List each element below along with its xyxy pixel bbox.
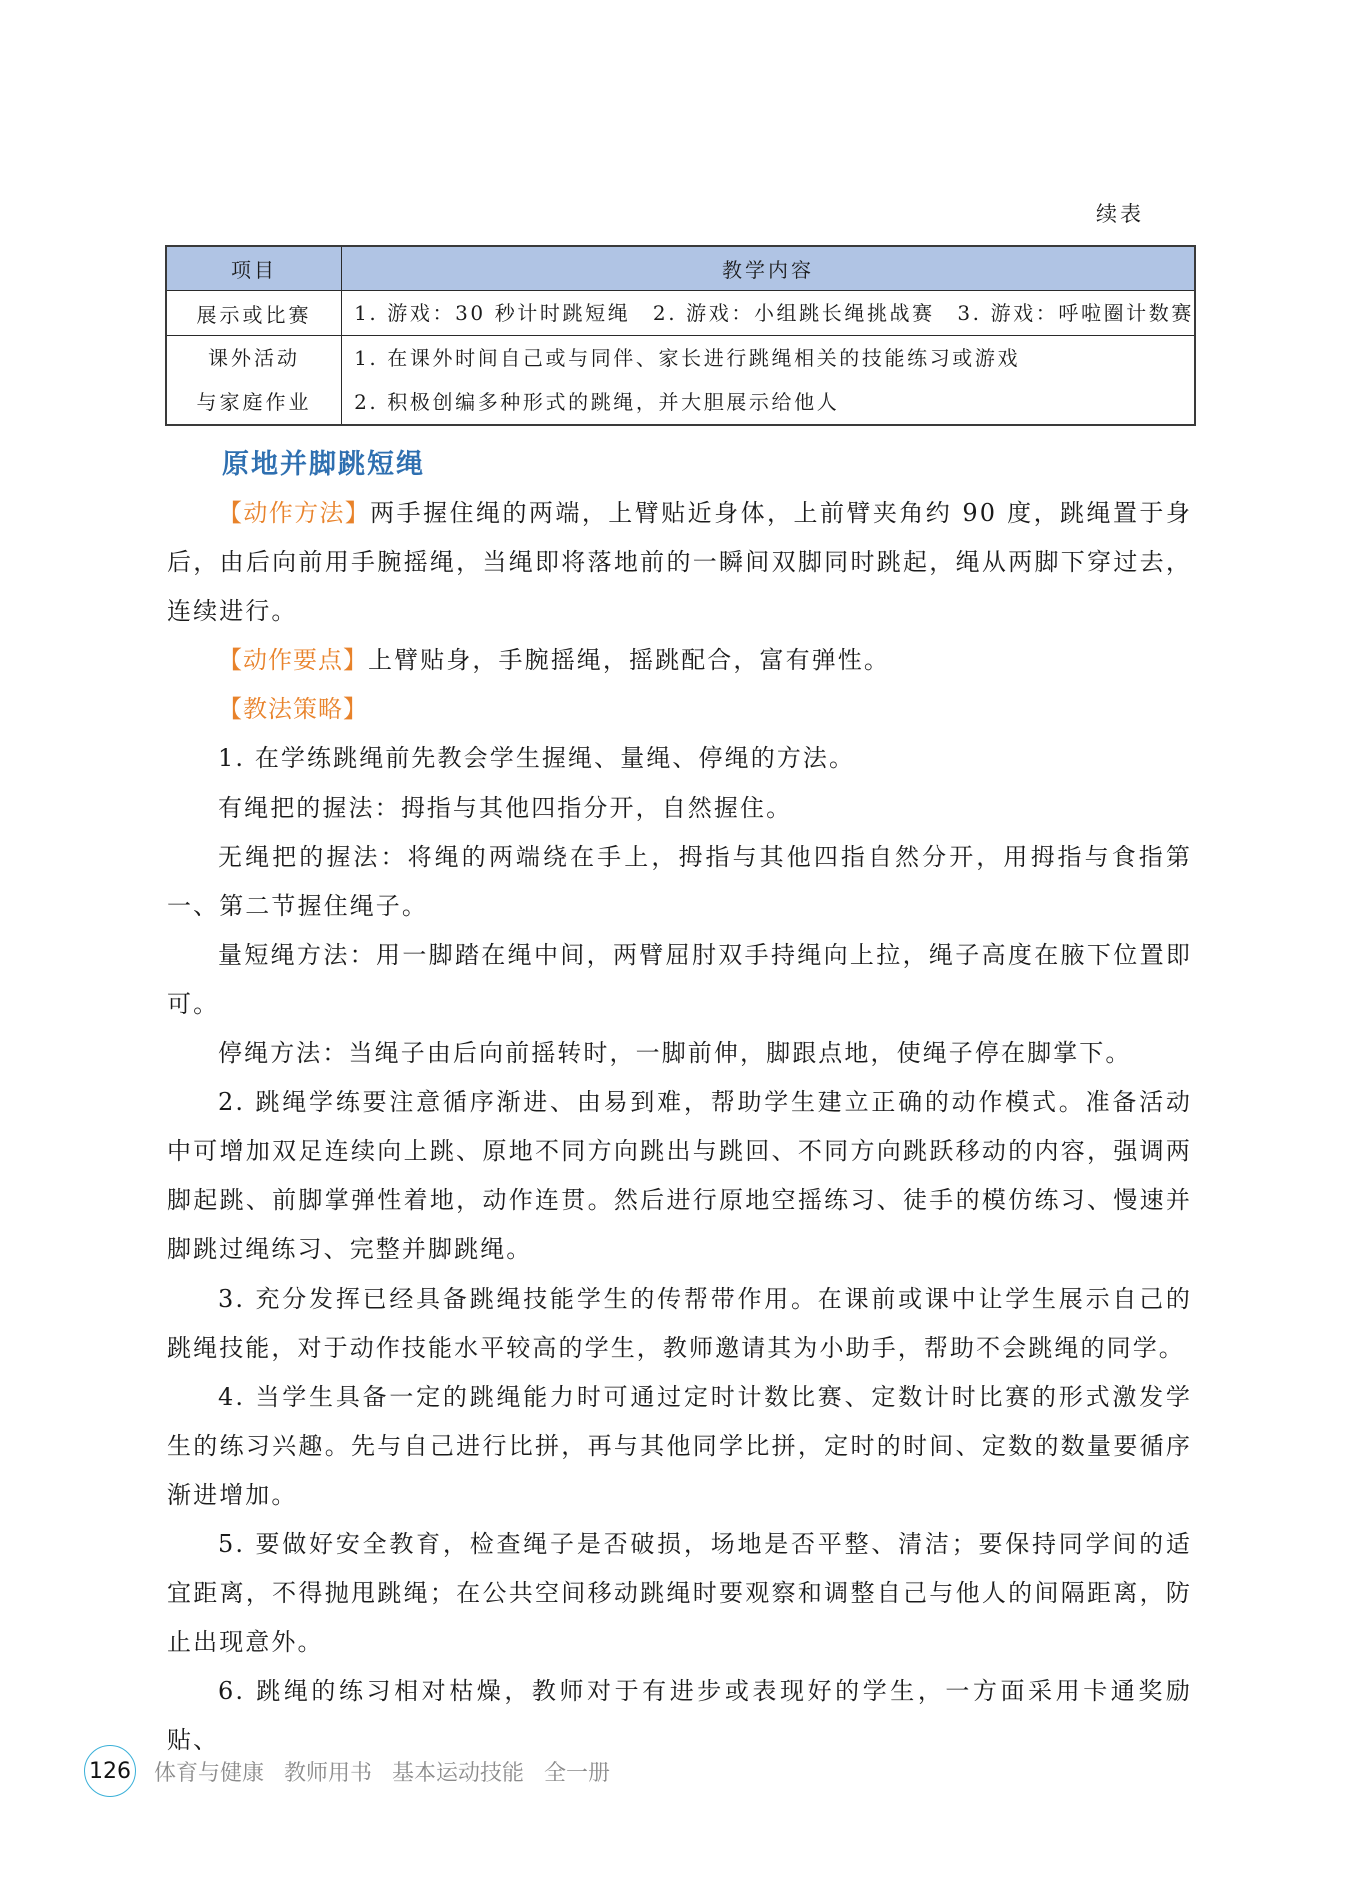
keypoints-label: 【动作要点】 [218,646,368,674]
strategy-paragraph: 1. 在学练跳绳前先教会学生握绳、量绳、停绳的方法。 [167,734,1192,783]
teaching-content-table: 项目 教学内容 展示或比赛 1. 游戏：30 秒计时跳短绳 2. 游戏：小组跳长… [165,245,1196,426]
strategy-heading: 【教法策略】 [167,685,1192,734]
content-line: 1. 游戏：30 秒计时跳短绳 2. 游戏：小组跳长绳挑战赛 3. 游戏：呼啦圈… [354,291,1194,335]
header-content: 教学内容 [342,246,1195,291]
table-header-row: 项目 教学内容 [166,246,1195,291]
body-text: 【动作方法】两手握住绳的两端，上臂贴近身体，上前臂夹角约 90 度，跳绳置于身后… [167,489,1192,1765]
strategy-paragraph: 无绳把的握法：将绳的两端绕在手上，拇指与其他四指自然分开，用拇指与食指第一、第二… [167,833,1192,931]
table-row: 展示或比赛 1. 游戏：30 秒计时跳短绳 2. 游戏：小组跳长绳挑战赛 3. … [166,291,1195,336]
header-item: 项目 [166,246,342,291]
row-item: 展示或比赛 [166,291,342,336]
page-number: 126 [89,1759,131,1784]
continued-table-label: 续表 [1096,198,1144,228]
book-subject: 体育与健康 [154,1756,264,1787]
table-row: 课外活动 与家庭作业 1. 在课外时间自己或与同伴、家长进行跳绳相关的技能练习或… [166,336,1195,426]
keypoints-text: 上臂贴身，手腕摇绳，摇跳配合，富有弹性。 [368,646,890,674]
strategy-paragraph: 3. 充分发挥已经具备跳绳技能学生的传帮带作用。在课前或课中让学生展示自己的跳绳… [167,1275,1192,1373]
method-paragraph: 【动作方法】两手握住绳的两端，上臂贴近身体，上前臂夹角约 90 度，跳绳置于身后… [167,489,1192,636]
strategy-paragraph: 有绳把的握法：拇指与其他四指分开，自然握住。 [167,784,1192,833]
strategy-paragraph: 量短绳方法：用一脚踏在绳中间，两臂屈肘双手持绳向上拉，绳子高度在腋下位置即可。 [167,931,1192,1029]
strategy-paragraph: 4. 当学生具备一定的跳绳能力时可通过定时计数比赛、定数计时比赛的形式激发学生的… [167,1373,1192,1520]
row-item: 课外活动 与家庭作业 [166,336,342,426]
row-content: 1. 游戏：30 秒计时跳短绳 2. 游戏：小组跳长绳挑战赛 3. 游戏：呼啦圈… [342,291,1195,336]
row-item-line: 课外活动 [167,336,341,380]
page-number-badge: 126 [84,1745,136,1797]
row-item-line: 与家庭作业 [167,380,341,424]
row-content: 1. 在课外时间自己或与同伴、家长进行跳绳相关的技能练习或游戏 2. 积极创编多… [342,336,1195,426]
strategy-paragraph: 5. 要做好安全教育，检查绳子是否破损，场地是否平整、清洁；要保持同学间的适宜距… [167,1520,1192,1667]
content-line: 1. 在课外时间自己或与同伴、家长进行跳绳相关的技能练习或游戏 [354,336,1194,380]
method-label: 【动作方法】 [218,499,370,527]
strategy-label: 【教法策略】 [218,695,368,723]
book-title: 体育与健康 教师用书 基本运动技能 全一册 [154,1756,610,1787]
section-title: 原地并脚跳短绳 [222,442,425,481]
strategy-paragraph: 停绳方法：当绳子由后向前摇转时，一脚前伸，脚跟点地，使绳子停在脚掌下。 [167,1029,1192,1078]
book-type: 教师用书 [284,1756,372,1787]
book-topic: 基本运动技能 [392,1756,524,1787]
page-footer: 126 体育与健康 教师用书 基本运动技能 全一册 [84,1745,610,1797]
book-volume: 全一册 [544,1756,610,1787]
content-line: 2. 积极创编多种形式的跳绳，并大胆展示给他人 [354,380,1194,424]
strategy-paragraph: 2. 跳绳学练要注意循序渐进、由易到难，帮助学生建立正确的动作模式。准备活动中可… [167,1078,1192,1274]
keypoints-paragraph: 【动作要点】上臂贴身，手腕摇绳，摇跳配合，富有弹性。 [167,636,1192,685]
